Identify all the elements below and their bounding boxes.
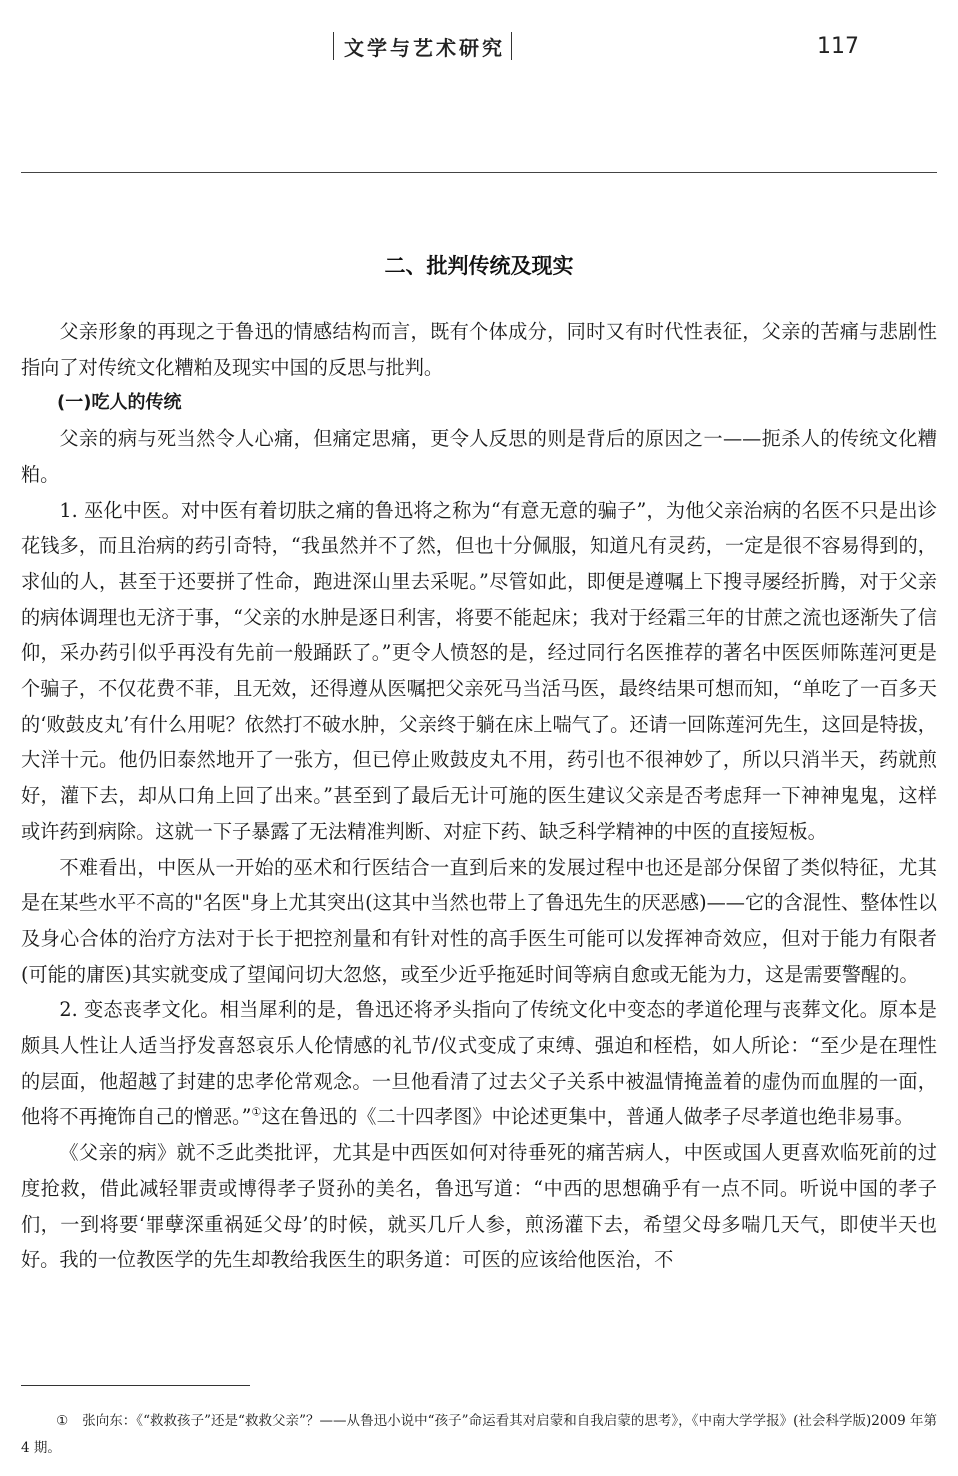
- footnote-item: ①张向东：《“救救孩子”还是“救救父亲”？——从鲁迅小说中“孩子”命运看其对启蒙…: [21, 1408, 937, 1462]
- header-rule: [21, 172, 937, 173]
- running-head: 文学与艺术研究: [333, 30, 512, 62]
- paragraph: 1. 巫化中医。对中医有着切肤之痛的鲁迅将之称为“有意无意的骗子”，为他父亲治病…: [21, 493, 937, 850]
- footnote-reference[interactable]: ①: [251, 1106, 261, 1119]
- footnote-text: 张向东：《“救救孩子”还是“救救父亲”？——从鲁迅小说中“孩子”命运看其对启蒙和…: [21, 1413, 937, 1456]
- paragraph: 父亲的病与死当然令人心痛，但痛定思痛，更令人反思的则是背后的原因之一——扼杀人的…: [21, 421, 937, 492]
- paragraph: 父亲形象的再现之于鲁迅的情感结构而言，既有个体成分，同时又有时代性表征，父亲的苦…: [21, 314, 937, 385]
- footnote-mark: ①: [56, 1413, 68, 1429]
- footnotes: ①张向东：《“救救孩子”还是“救救父亲”？——从鲁迅小说中“孩子”命运看其对启蒙…: [21, 1408, 937, 1462]
- paragraph: 不难看出，中医从一开始的巫术和行医结合一直到后来的发展过程中也还是部分保留了类似…: [21, 850, 937, 993]
- body-text: 父亲形象的再现之于鲁迅的情感结构而言，既有个体成分，同时又有时代性表征，父亲的苦…: [21, 314, 937, 1278]
- header-divider-right: [511, 32, 512, 60]
- journal-title: 文学与艺术研究: [334, 32, 511, 61]
- page-number: 117: [817, 34, 859, 59]
- paragraph-with-footnote: 2. 变态丧孝文化。相当犀利的是，鲁迅还将矛头指向了传统文化中变态的孝道伦理与丧…: [21, 992, 937, 1135]
- section-heading: 二、批判传统及现实: [0, 250, 958, 280]
- subsection-heading: (一)吃人的传统: [21, 385, 937, 421]
- paragraph: 《父亲的病》就不乏此类批评，尤其是中西医如何对待垂死的痛苦病人，中医或国人更喜欢…: [21, 1135, 937, 1278]
- footnote-rule: [21, 1385, 250, 1386]
- paragraph-text-continued: 这在鲁迅的《二十四孝图》中论述更集中，普通人做孝子尽孝道也绝非易事。: [261, 1105, 913, 1128]
